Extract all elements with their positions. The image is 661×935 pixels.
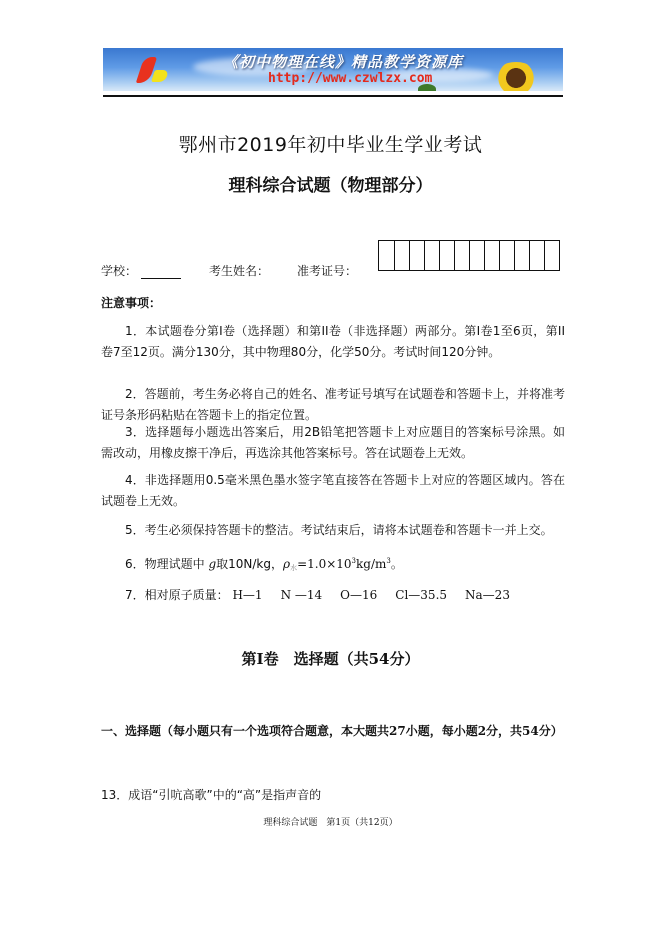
id-digit-box[interactable] <box>544 241 559 270</box>
id-digit-box[interactable] <box>484 241 499 270</box>
exam-title: 鄂州市2019年初中毕业生学业考试 <box>0 130 661 157</box>
density-symbol: ρ <box>283 557 290 571</box>
notice-item-3: 3．选择题每小题选出答案后，用2B铅笔把答题卡上对应题目的答案标号涂黑。如需改动… <box>101 422 565 464</box>
atomic-mass-na: Na—23 <box>465 588 510 602</box>
id-label: 准考证号： <box>297 262 357 279</box>
part-title: 一、选择题（每小题只有一个选项符合题意，本大题共27小题，每小题2分，共54分） <box>101 722 563 739</box>
id-digit-box[interactable] <box>499 241 514 270</box>
density-value: =1.0×10 <box>297 557 351 571</box>
id-digit-box[interactable] <box>409 241 424 270</box>
candidate-info-row: 学校：考生姓名：准考证号： <box>101 262 357 279</box>
notice-title: 注意事项： <box>101 294 161 311</box>
header-rule <box>103 95 563 97</box>
czwlzx-logo-icon-accent <box>151 70 169 82</box>
density-subscript: 水 <box>290 564 297 572</box>
item6-prefix: 6．物理试题中 <box>125 557 208 571</box>
page-footer: 理科综合试题 第1页（共12页） <box>0 815 661 828</box>
item6-mid: 取10N/kg， <box>216 557 283 571</box>
atomic-mass-h: H—1 <box>232 588 262 602</box>
item6-end: 。 <box>391 557 403 571</box>
id-digit-box[interactable] <box>379 241 394 270</box>
exam-id-boxes[interactable] <box>378 240 560 271</box>
notice-item-7: 7．相对原子质量： H—1N —14O—16Cl—35.5Na—23 <box>125 586 528 603</box>
banner-title: 《初中物理在线》精品教学资源库 <box>223 51 463 72</box>
id-digit-box[interactable] <box>529 241 544 270</box>
name-label: 考生姓名： <box>209 262 269 279</box>
header-banner: 《初中物理在线》精品教学资源库 http://www.czwlzx.com <box>103 48 563 91</box>
notice-item-6: 6．物理试题中 g取10N/kg，ρ水=1.0×103kg/m3。 <box>125 555 403 573</box>
notice-item-2: 2．答题前，考生务必将自己的姓名、准考证号填写在试题卷和答题卡上，并将准考证号条… <box>101 384 565 426</box>
id-digit-box[interactable] <box>439 241 454 270</box>
school-label: 学校： <box>101 262 137 279</box>
notice-item-4: 4．非选择题用0.5毫米黑色墨水签字笔直接答在答题卡上对应的答题区域内。答在试题… <box>101 470 565 512</box>
notice-item-5: 5．考生必须保持答题卡的整洁。考试结束后，请将本试题卷和答题卡一并上交。 <box>101 520 565 541</box>
gravity-symbol: g <box>208 557 216 571</box>
density-unit: kg/m <box>356 557 386 571</box>
question-13: 13．成语“引吭高歌”中的“高”是指声音的 <box>101 786 321 803</box>
item7-label: 7．相对原子质量： <box>125 588 229 602</box>
id-digit-box[interactable] <box>469 241 484 270</box>
leaf-icon <box>418 84 436 91</box>
id-digit-box[interactable] <box>454 241 469 270</box>
banner-url: http://www.czwlzx.com <box>268 71 432 86</box>
notice-item-1: 1．本试题卷分第Ⅰ卷（选择题）和第II卷（非选择题）两部分。第Ⅰ卷1至6页，第I… <box>101 321 565 363</box>
atomic-mass-n: N —14 <box>281 588 323 602</box>
sunflower-icon <box>493 62 539 91</box>
section-title: 第Ⅰ卷 选择题（共54分） <box>0 648 661 669</box>
id-digit-box[interactable] <box>514 241 529 270</box>
atomic-mass-cl: Cl—35.5 <box>395 588 447 602</box>
id-digit-box[interactable] <box>424 241 439 270</box>
exam-subtitle: 理科综合试题（物理部分） <box>0 171 661 196</box>
id-digit-box[interactable] <box>394 241 409 270</box>
school-field[interactable] <box>141 266 181 279</box>
atomic-mass-o: O—16 <box>340 588 377 602</box>
